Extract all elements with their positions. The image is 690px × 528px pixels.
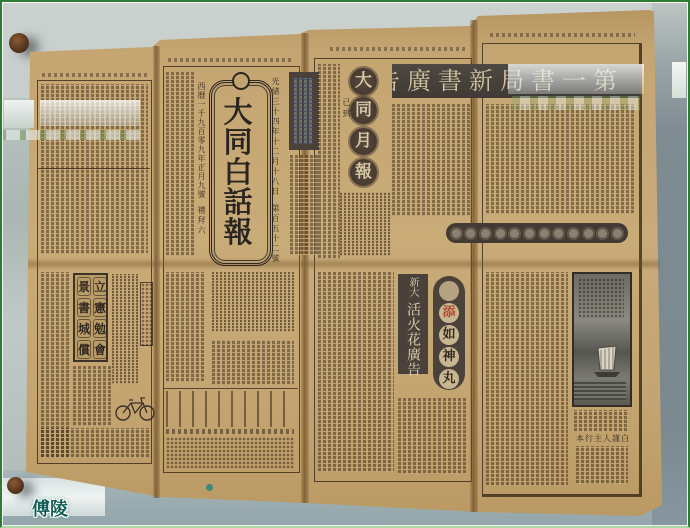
sheet-seam-1 xyxy=(153,46,160,498)
window-reflection-left xyxy=(4,100,34,128)
picture-caption xyxy=(578,278,624,318)
mounting-peg-bottom xyxy=(7,477,24,494)
fire-ad-text: 活火花廣告 xyxy=(403,302,423,377)
museum-label-sticker xyxy=(206,484,213,491)
dark-ad-box xyxy=(289,72,319,150)
grid-ad-char: 立 xyxy=(93,277,107,296)
masthead-lunar-date: 光緒三十四年十二月十八日 xyxy=(270,77,280,197)
page2-right-text xyxy=(290,155,318,255)
picture-waves xyxy=(574,380,626,400)
masthead-crest-icon xyxy=(232,72,250,90)
bicycle-illustration-icon xyxy=(114,394,156,422)
page2-header-line xyxy=(168,58,293,62)
page4-bottom-text xyxy=(576,446,628,484)
masthead-western-date: 西曆一千九百零九年正月九號 xyxy=(196,82,206,202)
page3-header-line xyxy=(330,47,465,51)
page1-divider xyxy=(38,168,150,169)
grid-ad-box: 景 立 書 憲 城 勉 償 會 xyxy=(73,273,108,362)
grid-ad-char: 城 xyxy=(77,319,91,338)
masthead-title-char: 白 xyxy=(208,157,268,187)
page1-boxed-notice xyxy=(140,282,153,346)
masthead-title-char: 話 xyxy=(208,187,268,217)
masthead-weekday: 禮拜六 xyxy=(196,206,206,236)
page2-table-caption xyxy=(166,429,294,434)
glass-glare-right xyxy=(508,64,644,94)
grid-ad-char: 勉 xyxy=(93,319,107,338)
picture-ad-signature: 本行主人謹白 xyxy=(576,434,630,444)
masthead-title-char: 報 xyxy=(208,217,268,247)
page2-lower-notice xyxy=(212,272,294,332)
page1-lower-text xyxy=(73,366,113,426)
page2-table-body xyxy=(166,437,294,469)
masthead-title-char: 同 xyxy=(208,127,268,157)
pill-ad-char: 丸 xyxy=(439,369,459,389)
grid-ad-char: 償 xyxy=(77,340,91,359)
page1-bottom-text xyxy=(41,428,149,458)
monthly-ad-circle: 大 xyxy=(350,68,377,95)
sailboat-icon xyxy=(592,342,622,382)
glass-glare-right-grid xyxy=(512,96,640,110)
circle-emblem-band xyxy=(446,223,628,243)
masthead-title-char: 大 xyxy=(208,97,268,127)
grid-ad-char: 書 xyxy=(77,298,91,317)
glass-glare-left xyxy=(40,100,140,126)
page3-subscription-table xyxy=(340,192,390,256)
horizontal-fold xyxy=(28,258,660,270)
page4-lower-left-text xyxy=(486,272,568,486)
page2-timetable xyxy=(166,391,294,427)
page3-left-text xyxy=(318,64,340,259)
pill-ad-emblem-icon xyxy=(439,281,459,301)
masthead-title: 大 同 白 話 報 xyxy=(208,97,268,247)
sailboat-picture-ad xyxy=(572,272,632,407)
page2-lower-mid-text xyxy=(212,340,294,385)
grid-ad-char: 會 xyxy=(93,340,107,359)
monthly-ad-circle: 月 xyxy=(350,128,377,155)
picture-ad-text xyxy=(574,410,628,432)
page2-table-top-rule xyxy=(164,388,298,389)
pill-ad-char: 如 xyxy=(439,325,459,345)
grid-ad-char: 景 xyxy=(77,277,91,296)
page2-left-text xyxy=(166,72,194,256)
pill-ad-char: 神 xyxy=(439,347,459,367)
monthly-ad-circle: 同 xyxy=(350,97,377,124)
window-reflection-right xyxy=(672,62,686,98)
mounting-peg-top xyxy=(9,33,29,53)
page4-header-line xyxy=(490,33,635,37)
page2-lower-left-text xyxy=(166,272,206,382)
fire-ad-top: 新大 xyxy=(405,277,420,297)
masthead-issue-number: 第百五十二號 xyxy=(270,204,280,264)
page3-lower-left-text xyxy=(318,272,394,472)
monthly-ad-circle: 報 xyxy=(350,159,377,186)
fire-ad-box: 新大 活火花廣告 xyxy=(398,274,428,374)
photographer-watermark: 傅陵 xyxy=(32,495,68,521)
pill-ad-char: 添 xyxy=(439,303,459,323)
window-reflection-strip xyxy=(0,130,140,140)
page3-book-list xyxy=(392,104,470,216)
grid-ad-char: 憲 xyxy=(93,298,107,317)
page3-lower-right-text xyxy=(398,398,468,474)
page4-top-text xyxy=(486,104,634,214)
page1-header-line xyxy=(42,73,148,77)
page1-mid-text xyxy=(112,274,138,384)
